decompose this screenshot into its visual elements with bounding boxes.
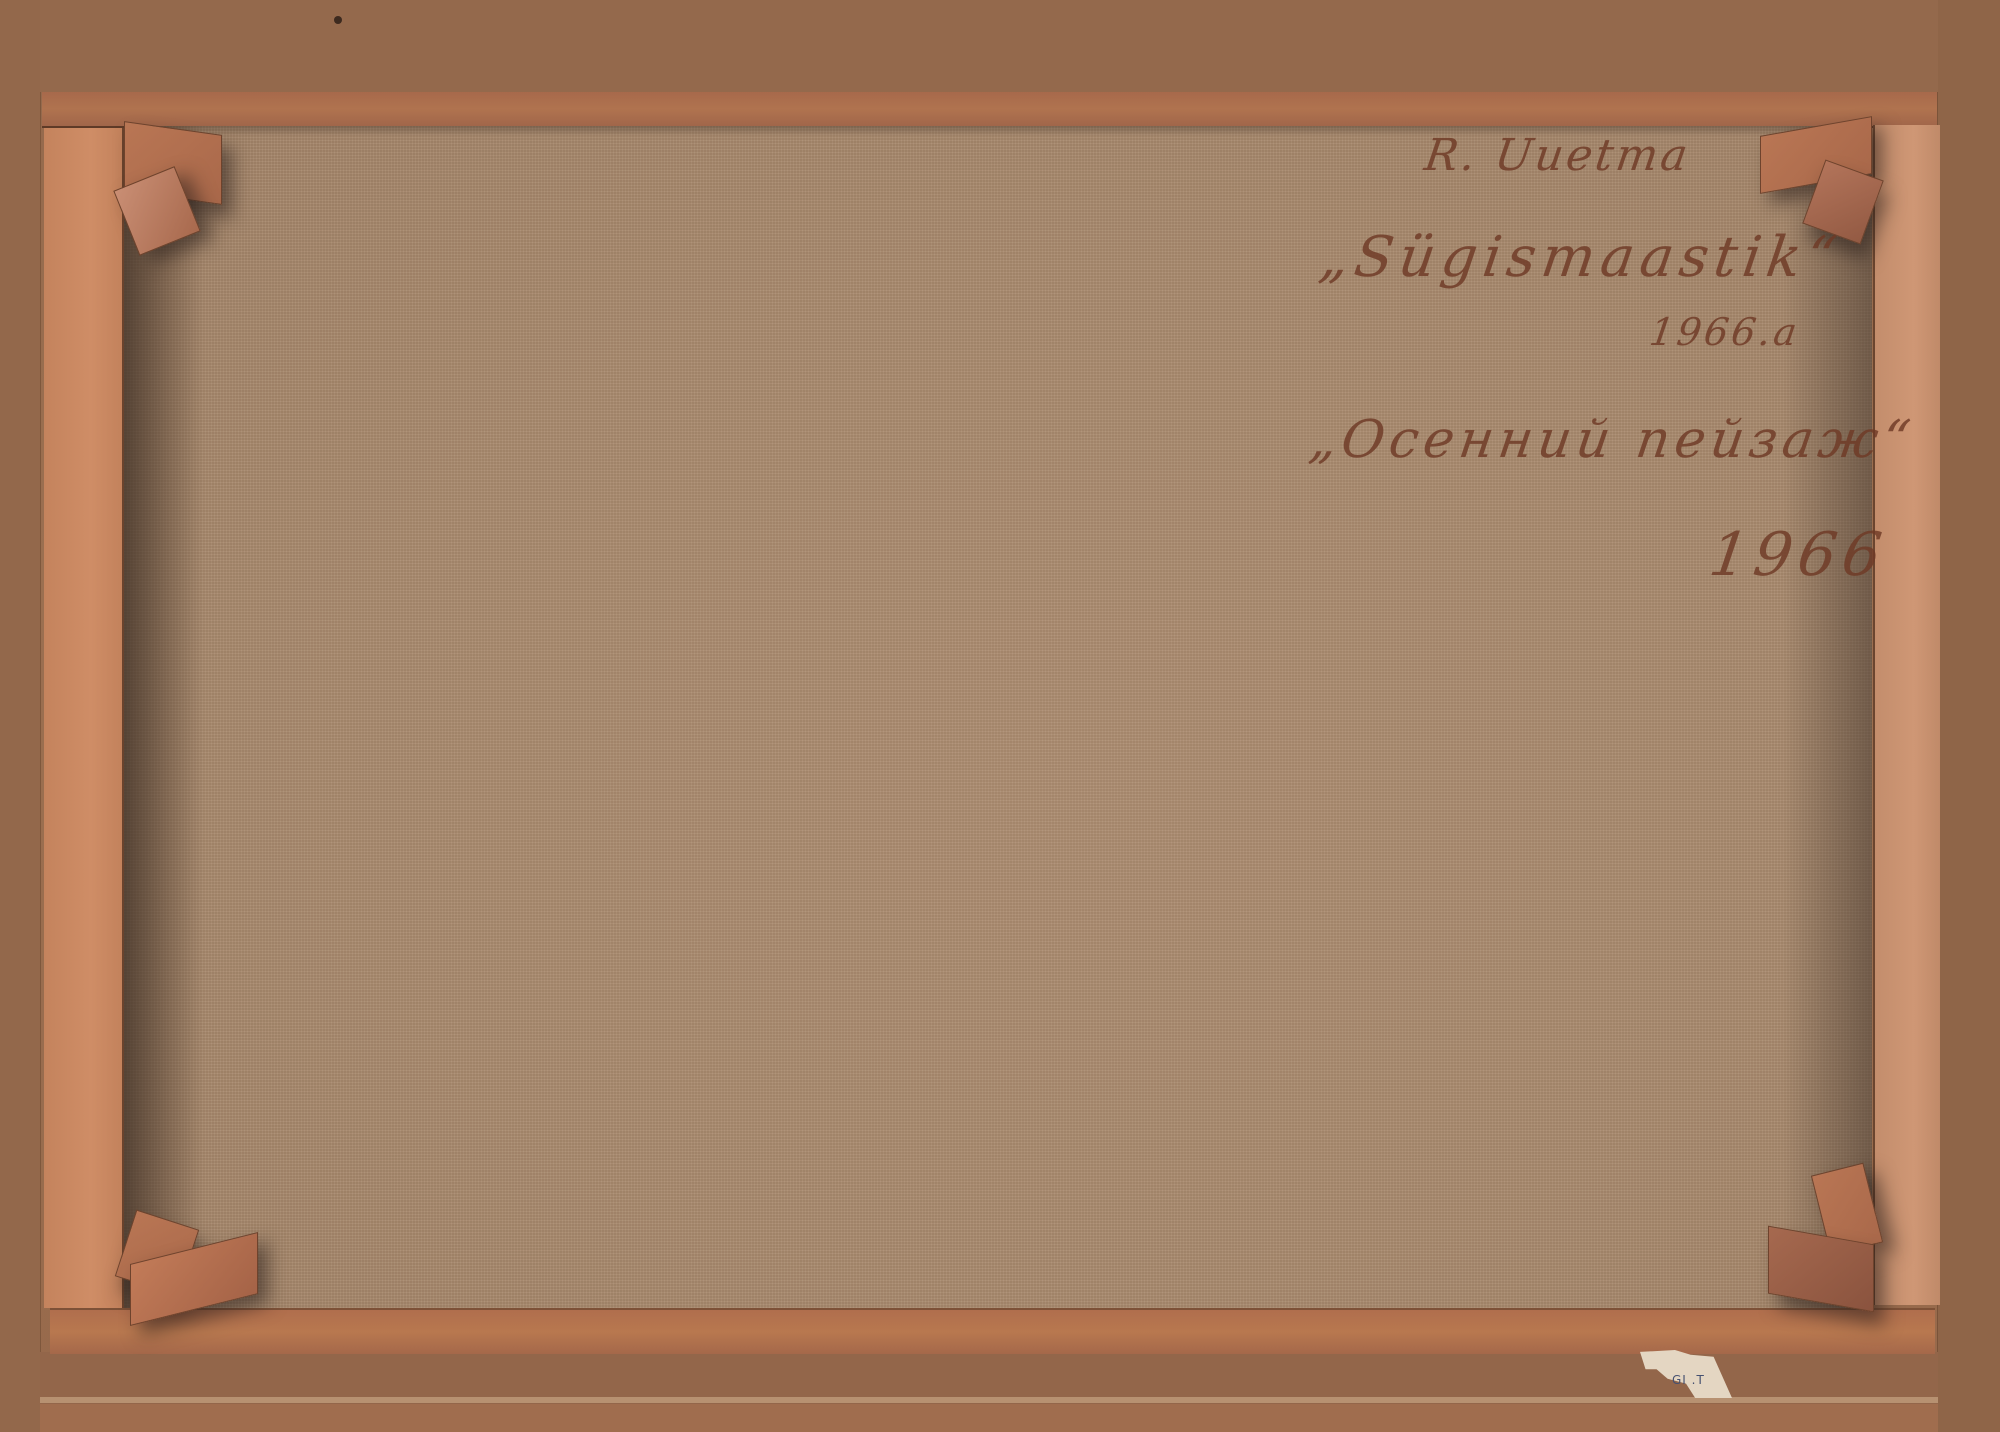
frame-edge-left xyxy=(0,0,41,1432)
tack-icon xyxy=(334,16,342,24)
stretcher-bar-top xyxy=(42,92,1937,128)
canvas-back xyxy=(124,126,1872,1308)
stretcher-bar-right xyxy=(1873,125,1940,1305)
frame-crease xyxy=(40,1397,1938,1403)
artist-signature: R. Uuetma xyxy=(1421,130,1693,181)
canvas-shadow-right xyxy=(1782,126,1872,1308)
title-russian: „Осенний пейзаж“ xyxy=(1306,410,1919,470)
year-inscription-2: 1966 xyxy=(1705,520,1892,590)
title-estonian: „Sügismaastik“ xyxy=(1315,225,1846,290)
stretcher-bar-left xyxy=(44,128,124,1308)
frame-edge-right xyxy=(1937,0,2000,1432)
canvas-shadow-left xyxy=(124,126,204,1308)
frame-top xyxy=(40,0,1938,92)
label-remnant-text: GI .T xyxy=(1672,1373,1705,1387)
stretcher-bar-bottom xyxy=(50,1308,1935,1354)
year-inscription-1: 1966.a xyxy=(1647,310,1803,354)
frame-bottom-lower xyxy=(40,1404,1938,1432)
